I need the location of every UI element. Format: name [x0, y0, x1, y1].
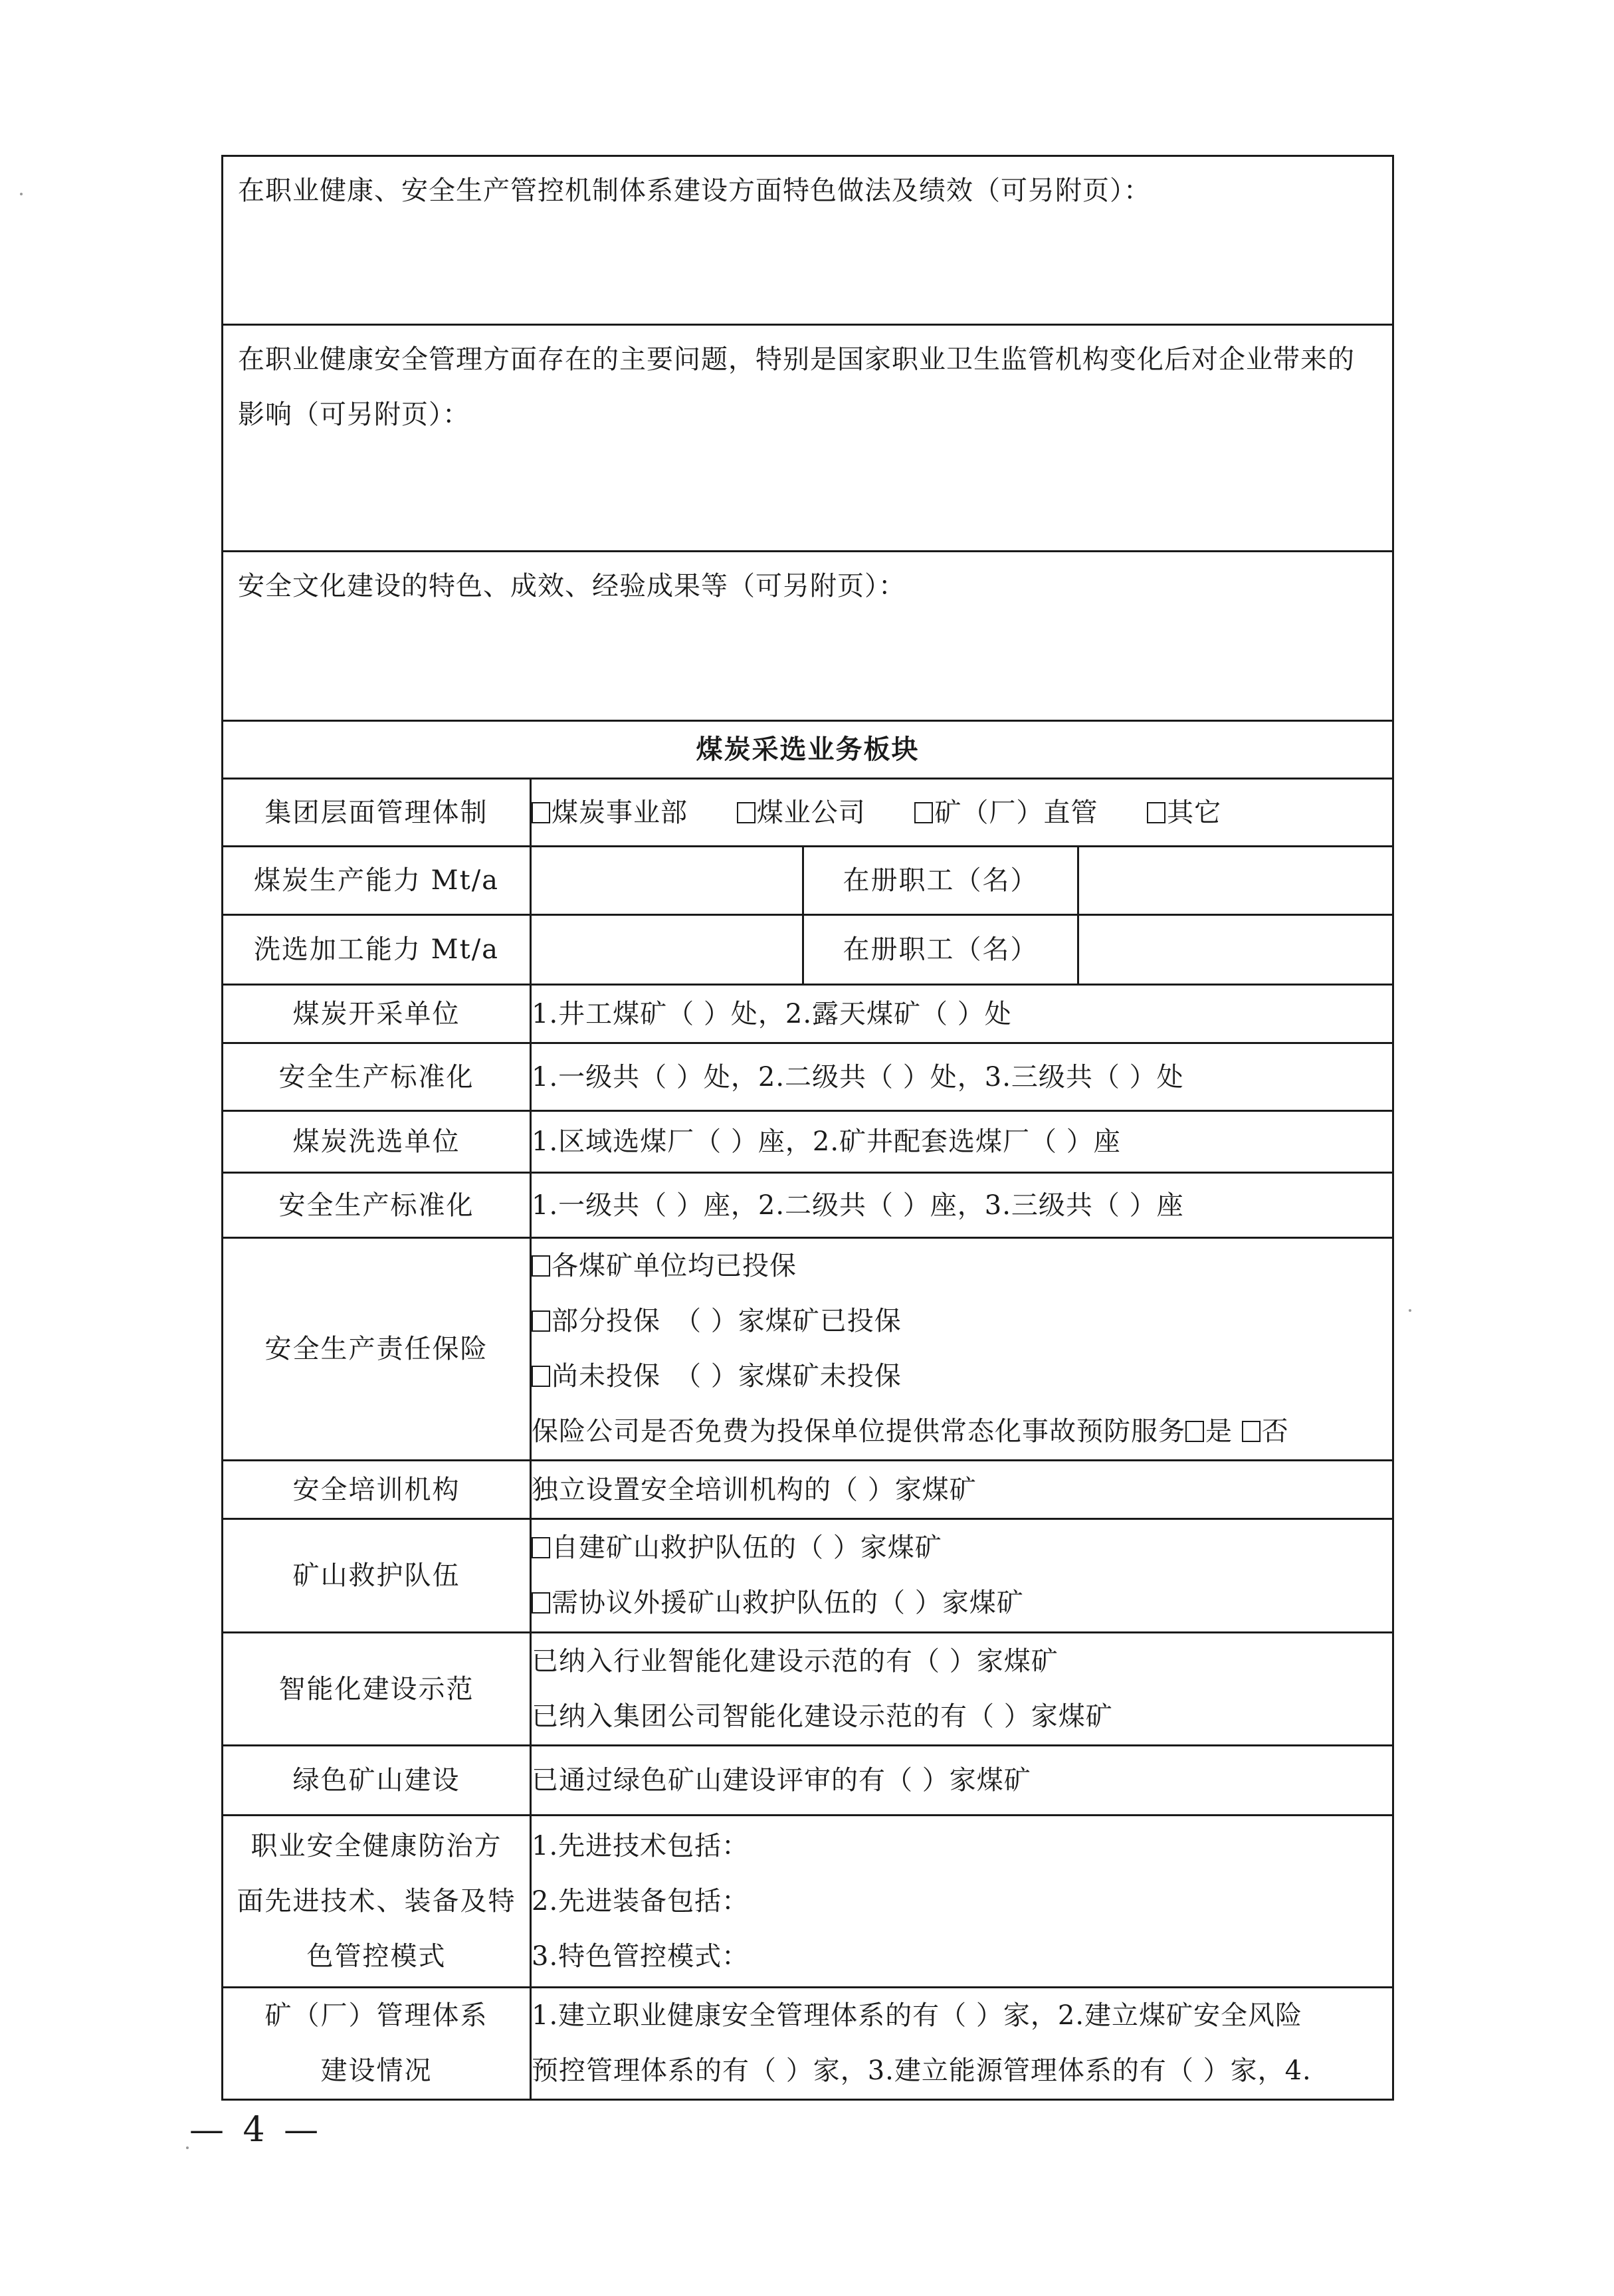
document-page: 在职业健康、安全生产管控机制体系建设方面特色做法及绩效（可另附页）： 在职业健康… [0, 0, 1614, 2296]
checkbox-icon[interactable] [532, 802, 550, 823]
main-problems-label: 在职业健康安全管理方面存在的主要问题，特别是国家职业卫生监管机构变化后对企业带来… [223, 312, 1392, 443]
scan-artifact [20, 193, 23, 195]
advanced-tech-equipment[interactable]: 2.先进装备包括： [532, 1874, 1392, 1929]
washing-units-text[interactable]: 1.区域选煤厂（ ）座，2.矿井配套选煤厂（ ）座 [531, 1111, 1393, 1173]
training-institution-label: 安全培训机构 [223, 1461, 531, 1519]
row-green-mine: 绿色矿山建设 已通过绿色矿山建设评审的有（ ）家煤矿 [223, 1746, 1393, 1816]
training-institution-text[interactable]: 独立设置安全培训机构的（ ）家煤矿 [531, 1461, 1393, 1519]
row-advanced-tech: 职业安全健康防治方 面先进技术、装备及特 色管控模式 1.先进技术包括： 2.先… [223, 1816, 1393, 1988]
liability-insurance-options: 各煤矿单位均已投保 部分投保 （ ）家煤矿已投保 尚未投保 （ ）家煤矿未投保 … [531, 1238, 1393, 1461]
row-control-mechanism: 在职业健康、安全生产管控机制体系建设方面特色做法及绩效（可另附页）： [223, 156, 1393, 325]
row-safety-standard-plants: 安全生产标准化 1.一级共（ ）座，2.二级共（ ）座，3.三级共（ ）座 [223, 1173, 1393, 1238]
checkbox-icon[interactable] [532, 1592, 550, 1614]
coal-production-label: 煤炭生产能力 Mt/a [223, 847, 531, 915]
option-coal-company[interactable]: 煤业公司 [737, 797, 866, 828]
checkbox-icon[interactable] [532, 1537, 550, 1558]
safety-culture-cell[interactable]: 安全文化建设的特色、成效、经验成果等（可另附页）： [223, 552, 1393, 721]
advanced-tech-technology[interactable]: 1.先进技术包括： [532, 1819, 1392, 1874]
advanced-tech-label: 职业安全健康防治方 面先进技术、装备及特 色管控模式 [223, 1816, 531, 1988]
section-header: 煤炭采选业务板块 [223, 721, 1393, 779]
checkbox-icon[interactable] [532, 1310, 550, 1332]
green-mine-text[interactable]: 已通过绿色矿山建设评审的有（ ）家煤矿 [531, 1746, 1393, 1816]
answer-no[interactable]: 否 [1242, 1416, 1289, 1447]
checkbox-icon[interactable] [532, 1366, 550, 1387]
washing-units-label: 煤炭洗选单位 [223, 1111, 531, 1173]
row-rescue-team: 矿山救护队伍 自建矿山救护队伍的（ ）家煤矿 需协议外援矿山救护队伍的（ ）家煤… [223, 1519, 1393, 1633]
row-smart-demo: 智能化建设示范 已纳入行业智能化建设示范的有（ ）家煤矿 已纳入集团公司智能化建… [223, 1633, 1393, 1746]
rescue-option-self-built[interactable]: 自建矿山救护队伍的（ ）家煤矿 [532, 1520, 1392, 1576]
row-coal-production: 煤炭生产能力 Mt/a 在册职工（名） [223, 847, 1393, 915]
page-number: — 4 — [189, 2110, 322, 2150]
rescue-option-external[interactable]: 需协议外援矿山救护队伍的（ ）家煤矿 [532, 1576, 1392, 1631]
scan-artifact [1409, 1309, 1411, 1312]
row-washing-capacity: 洗选加工能力 Mt/a 在册职工（名） [223, 915, 1393, 985]
smart-demo-industry[interactable]: 已纳入行业智能化建设示范的有（ ）家煤矿 [532, 1634, 1392, 1689]
washing-staff-label: 在册职工（名） [803, 915, 1078, 985]
advanced-tech-control-mode[interactable]: 3.特色管控模式： [532, 1929, 1392, 1984]
mine-management-label: 矿（厂）管理体系 建设情况 [223, 1988, 531, 2100]
washing-staff-input[interactable] [1078, 915, 1393, 985]
insurance-option-all[interactable]: 各煤矿单位均已投保 [532, 1239, 1392, 1294]
safety-standard-mines-text[interactable]: 1.一级共（ ）处，2.二级共（ ）处，3.三级共（ ）处 [531, 1043, 1393, 1111]
insurance-free-service-question: 保险公司是否免费为投保单位提供常态化事故预防服务是 否 [532, 1404, 1392, 1459]
mine-management-line-1[interactable]: 1.建立职业健康安全管理体系的有（ ）家，2.建立煤矿安全风险 [532, 1988, 1392, 2043]
coal-production-staff-label: 在册职工（名） [803, 847, 1078, 915]
row-main-problems: 在职业健康安全管理方面存在的主要问题，特别是国家职业卫生监管机构变化后对企业带来… [223, 325, 1393, 552]
scan-artifact [186, 2146, 189, 2149]
control-mechanism-label: 在职业健康、安全生产管控机制体系建设方面特色做法及绩效（可另附页）： [223, 144, 1392, 219]
safety-standard-plants-text[interactable]: 1.一级共（ ）座，2.二级共（ ）座，3.三级共（ ）座 [531, 1173, 1393, 1238]
management-system-label: 集团层面管理体制 [223, 779, 531, 847]
main-problems-cell[interactable]: 在职业健康安全管理方面存在的主要问题，特别是国家职业卫生监管机构变化后对企业带来… [223, 325, 1393, 552]
option-direct-management[interactable]: 矿（厂）直管 [914, 797, 1098, 828]
insurance-option-partial[interactable]: 部分投保 （ ）家煤矿已投保 [532, 1294, 1392, 1349]
option-coal-division[interactable]: 煤炭事业部 [532, 797, 688, 828]
row-safety-culture: 安全文化建设的特色、成效、经验成果等（可另附页）： [223, 552, 1393, 721]
answer-yes[interactable]: 是 [1185, 1416, 1233, 1447]
option-other[interactable]: 其它 [1147, 797, 1221, 828]
safety-standard-mines-label: 安全生产标准化 [223, 1043, 531, 1111]
row-management-system: 集团层面管理体制 煤炭事业部 煤业公司 矿（厂）直管 其它 [223, 779, 1393, 847]
safety-standard-plants-label: 安全生产标准化 [223, 1173, 531, 1238]
row-liability-insurance: 安全生产责任保险 各煤矿单位均已投保 部分投保 （ ）家煤矿已投保 尚未投保 （… [223, 1238, 1393, 1461]
smart-demo-group[interactable]: 已纳入集团公司智能化建设示范的有（ ）家煤矿 [532, 1689, 1392, 1744]
smart-demo-label: 智能化建设示范 [223, 1633, 531, 1746]
checkbox-icon[interactable] [1242, 1421, 1261, 1442]
row-section-header: 煤炭采选业务板块 [223, 721, 1393, 779]
survey-form-table: 在职业健康、安全生产管控机制体系建设方面特色做法及绩效（可另附页）： 在职业健康… [221, 155, 1394, 2101]
management-system-options: 煤炭事业部 煤业公司 矿（厂）直管 其它 [531, 779, 1393, 847]
washing-capacity-label: 洗选加工能力 Mt/a [223, 915, 531, 985]
row-training-institution: 安全培训机构 独立设置安全培训机构的（ ）家煤矿 [223, 1461, 1393, 1519]
checkbox-icon[interactable] [1147, 802, 1165, 823]
row-safety-standard-mines: 安全生产标准化 1.一级共（ ）处，2.二级共（ ）处，3.三级共（ ）处 [223, 1043, 1393, 1111]
checkbox-icon[interactable] [532, 1255, 550, 1277]
checkbox-icon[interactable] [914, 802, 933, 823]
coal-production-staff-input[interactable] [1078, 847, 1393, 915]
advanced-tech-lines: 1.先进技术包括： 2.先进装备包括： 3.特色管控模式： [531, 1816, 1393, 1988]
rescue-team-options: 自建矿山救护队伍的（ ）家煤矿 需协议外援矿山救护队伍的（ ）家煤矿 [531, 1519, 1393, 1633]
mine-management-line-2[interactable]: 预控管理体系的有（ ）家，3.建立能源管理体系的有（ ）家，4. [532, 2043, 1392, 2099]
checkbox-icon[interactable] [737, 802, 756, 823]
rescue-team-label: 矿山救护队伍 [223, 1519, 531, 1633]
insurance-option-none[interactable]: 尚未投保 （ ）家煤矿未投保 [532, 1349, 1392, 1404]
checkbox-icon[interactable] [1185, 1421, 1204, 1442]
coal-production-input[interactable] [531, 847, 803, 915]
smart-demo-lines: 已纳入行业智能化建设示范的有（ ）家煤矿 已纳入集团公司智能化建设示范的有（ ）… [531, 1633, 1393, 1746]
washing-capacity-input[interactable] [531, 915, 803, 985]
row-mine-management: 矿（厂）管理体系 建设情况 1.建立职业健康安全管理体系的有（ ）家，2.建立煤… [223, 1988, 1393, 2100]
mining-units-label: 煤炭开采单位 [223, 985, 531, 1043]
green-mine-label: 绿色矿山建设 [223, 1746, 531, 1816]
row-washing-units: 煤炭洗选单位 1.区域选煤厂（ ）座，2.矿井配套选煤厂（ ）座 [223, 1111, 1393, 1173]
safety-culture-label: 安全文化建设的特色、成效、经验成果等（可另附页）： [223, 539, 1392, 614]
liability-insurance-label: 安全生产责任保险 [223, 1238, 531, 1461]
row-mining-units: 煤炭开采单位 1.井工煤矿（ ）处，2.露天煤矿（ ）处 [223, 985, 1393, 1043]
mine-management-lines: 1.建立职业健康安全管理体系的有（ ）家，2.建立煤矿安全风险 预控管理体系的有… [531, 1988, 1393, 2100]
mining-units-text[interactable]: 1.井工煤矿（ ）处，2.露天煤矿（ ）处 [531, 985, 1393, 1043]
control-mechanism-cell[interactable]: 在职业健康、安全生产管控机制体系建设方面特色做法及绩效（可另附页）： [223, 156, 1393, 325]
